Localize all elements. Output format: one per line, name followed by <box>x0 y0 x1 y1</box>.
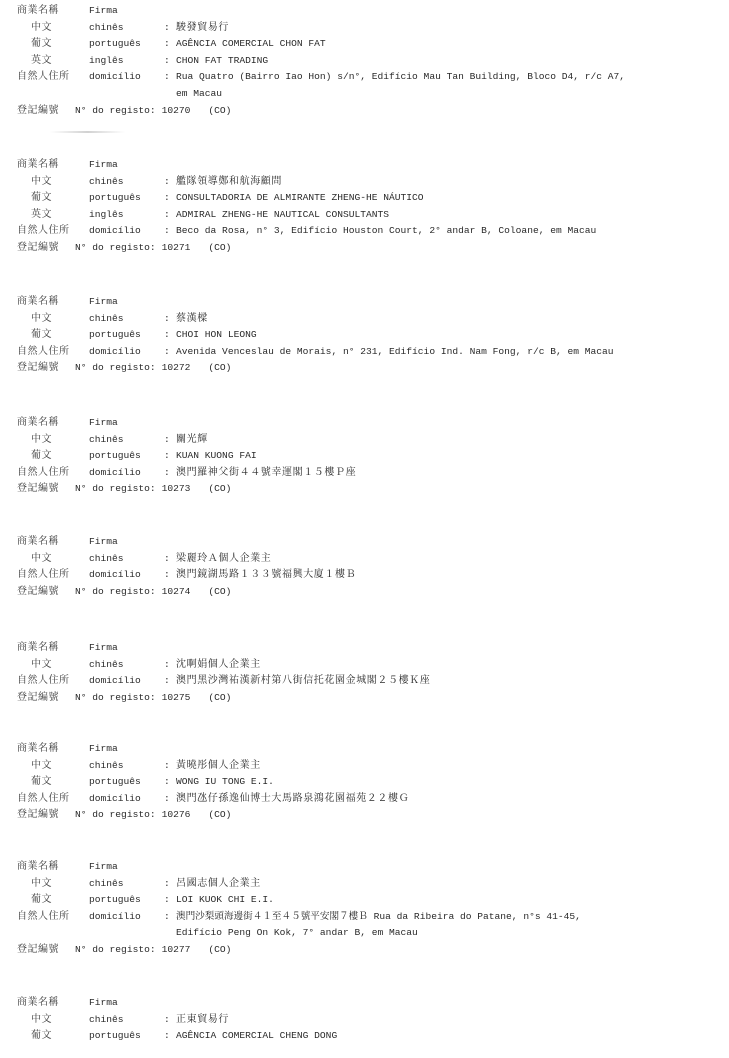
registry-number: N° do registo:10276(CO) <box>75 807 231 824</box>
registry-number-row: 登記編號 N° do registo:10277(CO) <box>0 942 729 959</box>
colon: : <box>164 448 170 465</box>
chinese-name-value: 呂國志個人企業主 <box>176 876 261 893</box>
portuguese-label: português <box>89 774 141 791</box>
portuguese-label-cjk: 葡文 <box>31 774 52 791</box>
registry-number-value: 10274 <box>162 586 191 597</box>
registry-entry-10277: 商業名稱 Firma 中文 chinês : 呂國志個人企業主 葡文 portu… <box>0 859 729 959</box>
colon: : <box>164 758 170 775</box>
domicile-label: domicílio <box>89 909 141 926</box>
registry-label: N° do registo: <box>75 586 156 597</box>
domicile-value: 澳門沙梨頭海邊街４１至４５號平安閣７樓Ｂ Rua da Ribeira do P… <box>176 909 581 926</box>
chinese-label: chinês <box>89 876 124 893</box>
firm-label-cjk: 商業名稱 <box>17 995 59 1012</box>
registry-number-row: 登記編號 N° do registo:10271(CO) <box>0 240 729 257</box>
chinese-label-cjk: 中文 <box>31 876 52 893</box>
domicile-continuation-row: Edifício Peng On Kok, 7° andar B, em Mac… <box>0 925 729 942</box>
registry-code: (CO) <box>208 483 231 494</box>
portuguese-name-row: 葡文 português : CHOI HON LEONG <box>0 327 729 344</box>
registry-label-cjk: 登記編號 <box>17 360 59 377</box>
colon: : <box>164 1012 170 1029</box>
registry-number-row: 登記編號 N° do registo:10273(CO) <box>0 481 729 498</box>
portuguese-label: português <box>89 448 141 465</box>
colon: : <box>164 207 170 224</box>
registry-number-value: 10270 <box>162 105 191 116</box>
domicile-row: 自然人住所 domicílio : 澳門鏡湖馬路１３３號福興大廈１樓Ｂ <box>0 567 729 584</box>
firm-label: Firma <box>89 534 118 551</box>
chinese-name-row: 中文 chinês : 駿發貿易行 <box>0 20 729 37</box>
colon: : <box>164 190 170 207</box>
portuguese-name-value: AGÊNCIA COMERCIAL CHON FAT <box>176 36 326 53</box>
domicile-value-continued: Edifício Peng On Kok, 7° andar B, em Mac… <box>176 925 418 942</box>
colon: : <box>164 53 170 70</box>
chinese-label-cjk: 中文 <box>31 174 52 191</box>
portuguese-name-value: AGÊNCIA COMERCIAL CHENG DONG <box>176 1028 337 1045</box>
registry-label: N° do registo: <box>75 105 156 116</box>
chinese-label: chinês <box>89 20 124 37</box>
domicile-row: 自然人住所 domicílio : 澳門黑沙灣祐漢新村第八街信托花園金城閣２５樓… <box>0 673 729 690</box>
chinese-name-row: 中文 chinês : 梁麗玲Ａ個人企業主 <box>0 551 729 568</box>
chinese-label: chinês <box>89 758 124 775</box>
chinese-label-cjk: 中文 <box>31 20 52 37</box>
firm-label-cjk: 商業名稱 <box>17 294 59 311</box>
domicile-value: Rua Quatro (Bairro Iao Hon) s/n°, Edifíc… <box>176 69 625 86</box>
registry-label: N° do registo: <box>75 692 156 703</box>
registry-code: (CO) <box>208 692 231 703</box>
firm-label: Firma <box>89 741 118 758</box>
domicile-value: 澳門黑沙灣祐漢新村第八街信托花園金城閣２５樓Ｋ座 <box>176 673 430 690</box>
english-name-row: 英文 inglês : ADMIRAL ZHENG-HE NAUTICAL CO… <box>0 207 729 224</box>
registry-number-row: 登記編號 N° do registo:10272(CO) <box>0 360 729 377</box>
colon: : <box>164 311 170 328</box>
firm-label: Firma <box>89 294 118 311</box>
registry-number: N° do registo:10275(CO) <box>75 690 231 707</box>
portuguese-name-value: WONG IU TONG E.I. <box>176 774 274 791</box>
domicile-label: domicílio <box>89 69 141 86</box>
registry-code: (CO) <box>208 809 231 820</box>
registry-label-cjk: 登記編號 <box>17 584 59 601</box>
domicile-row: 自然人住所 domicílio : 澳門羅神父街４４號幸運閣１５樓Ｐ座 <box>0 465 729 482</box>
domicile-label: domicílio <box>89 567 141 584</box>
colon: : <box>164 551 170 568</box>
firm-label-cjk: 商業名稱 <box>17 741 59 758</box>
portuguese-label: português <box>89 1028 141 1045</box>
registry-label-cjk: 登記編號 <box>17 240 59 257</box>
chinese-label-cjk: 中文 <box>31 432 52 449</box>
firm-label: Firma <box>89 640 118 657</box>
domicile-label: domicílio <box>89 791 141 808</box>
firm-label-cjk: 商業名稱 <box>17 859 59 876</box>
firm-label: Firma <box>89 995 118 1012</box>
domicile-label: domicílio <box>89 344 141 361</box>
firm-header-row: 商業名稱 Firma <box>0 157 729 174</box>
domicile-value-continued: em Macau <box>176 86 222 103</box>
firm-header-row: 商業名稱 Firma <box>0 294 729 311</box>
portuguese-label-cjk: 葡文 <box>31 36 52 53</box>
chinese-name-row: 中文 chinês : 關光輝 <box>0 432 729 449</box>
firm-label: Firma <box>89 415 118 432</box>
registry-label-cjk: 登記編號 <box>17 103 59 120</box>
colon: : <box>164 174 170 191</box>
registry-entry-10272: 商業名稱 Firma 中文 chinês : 蔡漢樑 葡文 português … <box>0 294 729 377</box>
domicile-row: 自然人住所 domicílio : Avenida Venceslau de M… <box>0 344 729 361</box>
chinese-name-value: 蔡漢樑 <box>176 311 208 328</box>
registry-label: N° do registo: <box>75 944 156 955</box>
domicile-value: 澳門鏡湖馬路１３３號福興大廈１樓Ｂ <box>176 567 356 584</box>
firm-label: Firma <box>89 3 118 20</box>
portuguese-label-cjk: 葡文 <box>31 327 52 344</box>
firm-label-cjk: 商業名稱 <box>17 157 59 174</box>
registry-entry-10275: 商業名稱 Firma 中文 chinês : 沈啊娟個人企業主 自然人住所 do… <box>0 640 729 706</box>
domicile-continuation-row: em Macau <box>0 86 729 103</box>
english-name-value: CHON FAT TRADING <box>176 53 268 70</box>
registry-label-cjk: 登記編號 <box>17 690 59 707</box>
portuguese-label-cjk: 葡文 <box>31 1028 52 1045</box>
colon: : <box>164 223 170 240</box>
chinese-label-cjk: 中文 <box>31 657 52 674</box>
english-label-cjk: 英文 <box>31 207 52 224</box>
colon: : <box>164 673 170 690</box>
colon: : <box>164 36 170 53</box>
chinese-label: chinês <box>89 432 124 449</box>
colon: : <box>164 327 170 344</box>
registry-number-value: 10277 <box>162 944 191 955</box>
english-label: inglês <box>89 207 124 224</box>
portuguese-name-value: LOI KUOK CHI E.I. <box>176 892 274 909</box>
portuguese-name-row: 葡文 português : CONSULTADORIA DE ALMIRANT… <box>0 190 729 207</box>
registry-number-value: 10275 <box>162 692 191 703</box>
chinese-label: chinês <box>89 657 124 674</box>
domicile-row: 自然人住所 domicílio : 澳門沙梨頭海邊街４１至４５號平安閣７樓Ｂ R… <box>0 909 729 926</box>
chinese-label-cjk: 中文 <box>31 1012 52 1029</box>
portuguese-name-row: 葡文 português : AGÊNCIA COMERCIAL CHON FA… <box>0 36 729 53</box>
registry-label: N° do registo: <box>75 362 156 373</box>
registry-number-value: 10273 <box>162 483 191 494</box>
registry-number-row: 登記編號 N° do registo:10275(CO) <box>0 690 729 707</box>
chinese-label-cjk: 中文 <box>31 311 52 328</box>
registry-code: (CO) <box>208 105 231 116</box>
domicile-label-cjk: 自然人住所 <box>17 909 70 926</box>
domicile-label-cjk: 自然人住所 <box>17 673 70 690</box>
chinese-label: chinês <box>89 1012 124 1029</box>
registry-entry-10270: 商業名稱 Firma 中文 chinês : 駿發貿易行 葡文 portuguê… <box>0 3 729 119</box>
domicile-label-cjk: 自然人住所 <box>17 344 70 361</box>
portuguese-label: português <box>89 327 141 344</box>
colon: : <box>164 876 170 893</box>
firm-label: Firma <box>89 859 118 876</box>
colon: : <box>164 465 170 482</box>
registry-code: (CO) <box>208 944 231 955</box>
english-label-cjk: 英文 <box>31 53 52 70</box>
firm-header-row: 商業名稱 Firma <box>0 859 729 876</box>
portuguese-name-row: 葡文 português : AGÊNCIA COMERCIAL CHENG D… <box>0 1028 729 1045</box>
colon: : <box>164 432 170 449</box>
domicile-row: 自然人住所 domicílio : 澳門氹仔孫逸仙博士大馬路泉鴻花園福苑２２樓Ｇ <box>0 791 729 808</box>
colon: : <box>164 909 170 926</box>
colon: : <box>164 20 170 37</box>
registry-number: N° do registo:10270(CO) <box>75 103 231 120</box>
registry-label: N° do registo: <box>75 483 156 494</box>
scan-smudge <box>50 131 125 133</box>
colon: : <box>164 774 170 791</box>
chinese-label-cjk: 中文 <box>31 551 52 568</box>
chinese-name-row: 中文 chinês : 艦隊領導鄭和航海顧問 <box>0 174 729 191</box>
colon: : <box>164 69 170 86</box>
domicile-value: 澳門羅神父街４４號幸運閣１５樓Ｐ座 <box>176 465 356 482</box>
portuguese-name-row: 葡文 português : KUAN KUONG FAI <box>0 448 729 465</box>
colon: : <box>164 1028 170 1045</box>
registry-entry-10273: 商業名稱 Firma 中文 chinês : 關光輝 葡文 português … <box>0 415 729 498</box>
portuguese-name-value: CHOI HON LEONG <box>176 327 257 344</box>
firm-label: Firma <box>89 157 118 174</box>
firm-header-row: 商業名稱 Firma <box>0 534 729 551</box>
registry-number: N° do registo:10273(CO) <box>75 481 231 498</box>
chinese-name-row: 中文 chinês : 正東貿易行 <box>0 1012 729 1029</box>
registry-label: N° do registo: <box>75 809 156 820</box>
firm-label-cjk: 商業名稱 <box>17 534 59 551</box>
colon: : <box>164 344 170 361</box>
domicile-row: 自然人住所 domicílio : Rua Quatro (Bairro Iao… <box>0 69 729 86</box>
chinese-name-value: 正東貿易行 <box>176 1012 229 1029</box>
chinese-name-row: 中文 chinês : 黃曉彤個人企業主 <box>0 758 729 775</box>
firm-label-cjk: 商業名稱 <box>17 640 59 657</box>
registry-number-row: 登記編號 N° do registo:10274(CO) <box>0 584 729 601</box>
domicile-label-cjk: 自然人住所 <box>17 791 70 808</box>
registry-number: N° do registo:10271(CO) <box>75 240 231 257</box>
registry-entry-10276: 商業名稱 Firma 中文 chinês : 黃曉彤個人企業主 葡文 portu… <box>0 741 729 824</box>
chinese-label: chinês <box>89 174 124 191</box>
registry-entry-partial: 商業名稱 Firma 中文 chinês : 正東貿易行 葡文 portuguê… <box>0 995 729 1045</box>
domicile-label-cjk: 自然人住所 <box>17 223 70 240</box>
portuguese-label-cjk: 葡文 <box>31 892 52 909</box>
chinese-name-value: 沈啊娟個人企業主 <box>176 657 261 674</box>
portuguese-label: português <box>89 36 141 53</box>
firm-header-row: 商業名稱 Firma <box>0 415 729 432</box>
firm-label-cjk: 商業名稱 <box>17 415 59 432</box>
firm-label-cjk: 商業名稱 <box>17 3 59 20</box>
chinese-name-value: 關光輝 <box>176 432 208 449</box>
registry-label-cjk: 登記編號 <box>17 942 59 959</box>
english-name-row: 英文 inglês : CHON FAT TRADING <box>0 53 729 70</box>
portuguese-name-value: CONSULTADORIA DE ALMIRANTE ZHENG-HE NÁUT… <box>176 190 424 207</box>
registry-number-row: 登記編號 N° do registo:10270(CO) <box>0 103 729 120</box>
chinese-name-row: 中文 chinês : 蔡漢樑 <box>0 311 729 328</box>
registry-number-value: 10276 <box>162 809 191 820</box>
portuguese-label-cjk: 葡文 <box>31 190 52 207</box>
registry-label-cjk: 登記編號 <box>17 807 59 824</box>
registry-number-value: 10272 <box>162 362 191 373</box>
colon: : <box>164 657 170 674</box>
portuguese-name-row: 葡文 português : WONG IU TONG E.I. <box>0 774 729 791</box>
registry-code: (CO) <box>208 362 231 373</box>
chinese-name-value: 梁麗玲Ａ個人企業主 <box>176 551 271 568</box>
chinese-label: chinês <box>89 311 124 328</box>
chinese-name-row: 中文 chinês : 沈啊娟個人企業主 <box>0 657 729 674</box>
chinese-name-value: 艦隊領導鄭和航海顧問 <box>176 174 282 191</box>
registry-code: (CO) <box>208 586 231 597</box>
domicile-label: domicílio <box>89 673 141 690</box>
registry-label-cjk: 登記編號 <box>17 481 59 498</box>
colon: : <box>164 892 170 909</box>
portuguese-label-cjk: 葡文 <box>31 448 52 465</box>
registry-number: N° do registo:10277(CO) <box>75 942 231 959</box>
firm-header-row: 商業名稱 Firma <box>0 640 729 657</box>
registry-number-row: 登記編號 N° do registo:10276(CO) <box>0 807 729 824</box>
domicile-value: Beco da Rosa, n° 3, Edifício Houston Cou… <box>176 223 596 240</box>
domicile-value: Avenida Venceslau de Morais, n° 231, Edi… <box>176 344 614 361</box>
chinese-name-value: 黃曉彤個人企業主 <box>176 758 261 775</box>
portuguese-name-value: KUAN KUONG FAI <box>176 448 257 465</box>
domicile-row: 自然人住所 domicílio : Beco da Rosa, n° 3, Ed… <box>0 223 729 240</box>
chinese-name-row: 中文 chinês : 呂國志個人企業主 <box>0 876 729 893</box>
colon: : <box>164 567 170 584</box>
portuguese-name-row: 葡文 português : LOI KUOK CHI E.I. <box>0 892 729 909</box>
domicile-label-cjk: 自然人住所 <box>17 69 70 86</box>
domicile-label: domicílio <box>89 465 141 482</box>
domicile-value: 澳門氹仔孫逸仙博士大馬路泉鴻花園福苑２２樓Ｇ <box>176 791 409 808</box>
firm-header-row: 商業名稱 Firma <box>0 3 729 20</box>
domicile-label-cjk: 自然人住所 <box>17 465 70 482</box>
colon: : <box>164 791 170 808</box>
registry-entry-10271: 商業名稱 Firma 中文 chinês : 艦隊領導鄭和航海顧問 葡文 por… <box>0 157 729 257</box>
chinese-label: chinês <box>89 551 124 568</box>
english-name-value: ADMIRAL ZHENG-HE NAUTICAL CONSULTANTS <box>176 207 389 224</box>
portuguese-label: português <box>89 190 141 207</box>
registry-number: N° do registo:10272(CO) <box>75 360 231 377</box>
firm-header-row: 商業名稱 Firma <box>0 741 729 758</box>
registry-number: N° do registo:10274(CO) <box>75 584 231 601</box>
domicile-label-cjk: 自然人住所 <box>17 567 70 584</box>
chinese-name-value: 駿發貿易行 <box>176 20 229 37</box>
registry-label: N° do registo: <box>75 242 156 253</box>
domicile-label: domicílio <box>89 223 141 240</box>
registry-number-value: 10271 <box>162 242 191 253</box>
registry-code: (CO) <box>208 242 231 253</box>
portuguese-label: português <box>89 892 141 909</box>
chinese-label-cjk: 中文 <box>31 758 52 775</box>
registry-entry-10274: 商業名稱 Firma 中文 chinês : 梁麗玲Ａ個人企業主 自然人住所 d… <box>0 534 729 600</box>
english-label: inglês <box>89 53 124 70</box>
firm-header-row: 商業名稱 Firma <box>0 995 729 1012</box>
